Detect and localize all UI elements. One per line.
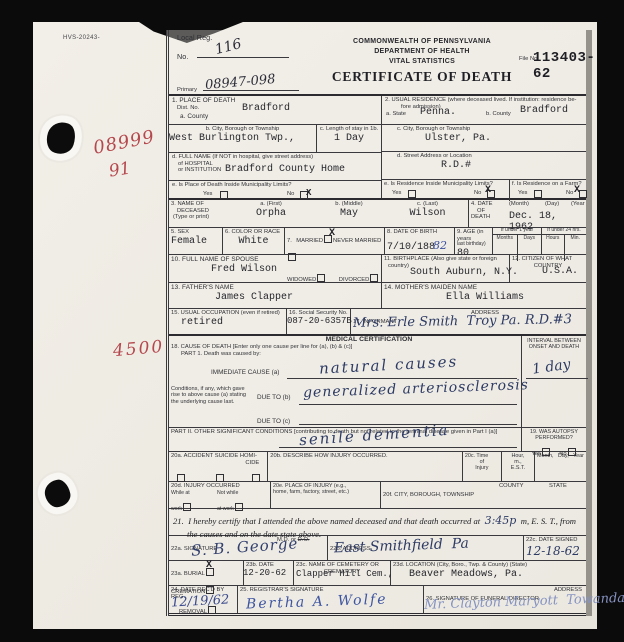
county-value: Bradford bbox=[242, 103, 290, 114]
certificate-form: Local Reg. No. 116 Primary Dist. No. 089… bbox=[166, 30, 592, 616]
race-label: 6. COLOR OR RACE bbox=[225, 229, 282, 236]
medical-certification-section: MEDICAL CERTIFICATION 18. CAUSE OF DEATH… bbox=[169, 336, 586, 428]
injury-state-label: STATE bbox=[549, 483, 567, 490]
res-city-label: c. City, Borough or Township bbox=[397, 126, 583, 133]
ssn-value: 087-20-6357B bbox=[287, 317, 348, 327]
yes-checkbox bbox=[408, 190, 416, 198]
due-to-b-label: DUE TO (b) bbox=[257, 394, 291, 401]
citizen-value: U.S.A. bbox=[542, 266, 578, 277]
cemetery-label: 23c. NAME OF CEMETERY OR bbox=[296, 562, 388, 569]
certify-num: 21. bbox=[173, 516, 184, 526]
stay-value: 1 Day bbox=[319, 133, 379, 144]
never-married-label: NEVER MARRIED bbox=[333, 238, 381, 244]
age-label: 9. AGE (in years bbox=[457, 229, 490, 242]
burial-label: 23a. BURIAL bbox=[171, 571, 205, 577]
married-label: MARRIED bbox=[296, 238, 323, 244]
immediate-cause-label: IMMEDIATE CAUSE (a) bbox=[211, 369, 279, 376]
disposition-row: 23a. BURIALX CREMATION REMOVAL 23b. DATE… bbox=[169, 561, 586, 586]
occupation-label: 15. USUAL OCCUPATION (even if retired) bbox=[171, 310, 284, 317]
place-of-death-box: 1. PLACE OF DEATH a. County Bradford b. … bbox=[169, 96, 382, 198]
burial-mark: X bbox=[206, 560, 212, 571]
month-day-year-label: Month, Day, Year bbox=[537, 453, 584, 459]
medical-certification-heading: MEDICAL CERTIFICATION bbox=[289, 336, 449, 344]
certify-text-b: m, E. S. T., from bbox=[521, 516, 576, 526]
date-received-value: 12/19/62 bbox=[171, 592, 230, 610]
immediate-cause-value: natural causes bbox=[319, 352, 459, 377]
sex-value: Female bbox=[171, 236, 220, 247]
name-death-date-row: 3. NAME OF DECEASED (Type or print) a. (… bbox=[169, 200, 586, 228]
hour-label3: E.S.T. bbox=[504, 465, 532, 471]
physician-signature-row: 22a. SIGNATURE M.D. or D.O. S. B. George… bbox=[169, 536, 586, 561]
mother-label: 14. MOTHER'S MAIDEN NAME bbox=[384, 284, 584, 292]
due-to-b-value: generalized arteriosclerosis bbox=[303, 377, 529, 401]
disposition-date-value: 12-20-62 bbox=[243, 569, 291, 579]
funeral-director-signature-value: Mr. Clayton Maryott Towanda Pa bbox=[424, 590, 624, 613]
injury-occurred-label: 20d. INJURY OCCURRED bbox=[171, 483, 268, 490]
punch-hole bbox=[43, 118, 80, 157]
spouse-label: 10. FULL NAME OF SPOUSE bbox=[171, 256, 379, 264]
autopsy-label2: PERFORMED? bbox=[524, 435, 584, 441]
date-signed-value: 12-18-62 bbox=[526, 544, 584, 558]
last-name-label: c. (Last) bbox=[387, 201, 468, 208]
date-signed-label: 22c. DATE SIGNED bbox=[526, 537, 584, 544]
parents-row: 13. FATHER'S NAME James Clapper 14. MOTH… bbox=[169, 283, 586, 309]
occupation-value: retired bbox=[181, 317, 284, 328]
no-label: No. bbox=[177, 52, 189, 61]
birth-date-value: 7/10/188 bbox=[387, 242, 435, 253]
physician-address-value: East Smithfield Pa bbox=[334, 536, 469, 557]
name-heading2: DECEASED bbox=[177, 208, 229, 215]
month-label: (Month) bbox=[509, 201, 529, 208]
not-while-at-work-label: Not while bbox=[217, 491, 244, 497]
stay-label: c. Length of stay in 1b. bbox=[319, 126, 379, 133]
name-heading3: (Type or print) bbox=[173, 214, 229, 221]
race-value: White bbox=[225, 236, 282, 247]
registrar-signature-value: Bertha A. Wolfe bbox=[246, 592, 388, 613]
yes-label: Yes bbox=[392, 190, 401, 197]
no-checkbox-mark: X bbox=[485, 185, 491, 196]
yes-label: Yes bbox=[518, 190, 527, 197]
part2-autopsy-row: PART II. OTHER SIGNIFICANT CONDITIONS [c… bbox=[169, 428, 586, 452]
last-name-value: Wilson bbox=[387, 208, 468, 219]
certify-text: I hereby certify that I attended the abo… bbox=[188, 516, 480, 526]
place-and-residence-section: 1. PLACE OF DEATH a. County Bradford b. … bbox=[169, 96, 586, 200]
mother-value: Ella Williams bbox=[446, 292, 584, 303]
res-county-value: Bradford bbox=[520, 105, 568, 116]
institution-value: Bradford County Home bbox=[225, 164, 345, 175]
location-label: 23d. LOCATION (City, Boro., Twp. & Count… bbox=[393, 562, 584, 569]
injury-city-label: 20f. CITY, BOROUGH, TOWNSHIP bbox=[383, 492, 474, 498]
death-date-heading2: OF bbox=[477, 208, 505, 215]
no-label: No bbox=[287, 191, 294, 198]
year-label: (Year bbox=[571, 201, 585, 208]
married-mark: X bbox=[329, 228, 335, 239]
due-to-c-label: DUE TO (c) bbox=[257, 418, 290, 425]
res-county-label: b. County bbox=[486, 111, 511, 118]
org-line: VITAL STATISTICS bbox=[327, 57, 517, 67]
certificate-paper: HVS-20243- 08999 91 4500 Local Reg. No. … bbox=[33, 22, 597, 629]
marital-num: 7. bbox=[287, 238, 292, 244]
margin-annotation-red: 91 bbox=[108, 158, 133, 181]
org-line: DEPARTMENT OF HEALTH bbox=[327, 47, 517, 57]
scanned-death-certificate: HVS-20243- 08999 91 4500 Local Reg. No. … bbox=[0, 0, 624, 642]
name-heading: 3. NAME OF bbox=[171, 201, 229, 208]
cemetery-value: Clapper Hill Cem., bbox=[296, 570, 393, 580]
injury-row-1: 20a. ACCIDENT SUICIDE HOMI- CIDE 20b. DE… bbox=[169, 452, 586, 482]
middle-name-value: May bbox=[311, 208, 387, 219]
county-label: a. County bbox=[180, 113, 208, 120]
no-checkbox-mark: X bbox=[306, 188, 311, 198]
location-value: Beaver Meadows, Pa. bbox=[409, 569, 584, 580]
citizen-label: 12. CITIZEN OF WHAT bbox=[512, 256, 584, 263]
local-reg-label: Local Reg. bbox=[177, 34, 327, 43]
birthplace-label: 11. BIRTHPLACE (Also give state or forei… bbox=[384, 256, 507, 263]
state-label: a. State bbox=[386, 111, 406, 118]
father-label: 13. FATHER'S NAME bbox=[171, 284, 379, 292]
limits-label: e. Is Place of Death Inside Municipality… bbox=[172, 182, 378, 189]
homicide-label2: CIDE bbox=[171, 460, 259, 467]
name-of-deceased-cell: 3. NAME OF DECEASED (Type or print) a. (… bbox=[169, 200, 469, 227]
certify-statement-row: 21. I hereby certify that I attended the… bbox=[169, 509, 586, 536]
birth-date-label: 8. DATE OF BIRTH bbox=[387, 229, 452, 236]
first-name-label: a. (First) bbox=[231, 201, 311, 208]
yes-label: Yes bbox=[203, 191, 212, 198]
usual-residence-box: 2. USUAL RESIDENCE (where deceased lived… bbox=[382, 96, 586, 198]
no-checkbox bbox=[579, 190, 587, 198]
injury-row-2: 20d. INJURY OCCURRED While at work Not w… bbox=[169, 482, 586, 509]
death-date-heading3: DEATH bbox=[471, 214, 505, 221]
death-date-heading: 4. DATE bbox=[471, 201, 505, 208]
time-of-injury-label3: Injury bbox=[465, 465, 499, 471]
sex-race-marital-row: 5. SEX Female 6. COLOR OR RACE White 7. … bbox=[169, 228, 586, 255]
sex-label: 5. SEX bbox=[171, 229, 220, 236]
no-label: No bbox=[566, 190, 573, 197]
margin-annotation-red: 4500 bbox=[112, 337, 165, 361]
father-value: James Clapper bbox=[215, 292, 379, 303]
death-time-value: 3:45p bbox=[485, 514, 517, 527]
part1-label: PART 1. Death was caused by: bbox=[181, 351, 261, 358]
yes-checkbox bbox=[220, 191, 228, 199]
street-label: d. Street Address or Location bbox=[397, 153, 583, 160]
day-label: (Day) bbox=[545, 201, 559, 208]
no-label: No bbox=[474, 190, 481, 197]
place-of-injury-label2: home, farm, factory, street, etc.) bbox=[273, 489, 378, 495]
middle-name-label: b. (Middle) bbox=[311, 201, 387, 208]
physician-signature: S. B. George bbox=[191, 534, 299, 559]
interval-label2: ONSET AND DEATH bbox=[522, 344, 586, 350]
informant-value: Mrs. Erle Smith Troy Pa. R.D.#3 bbox=[353, 312, 572, 331]
primary-label: Primary bbox=[177, 87, 197, 93]
cause-of-death-label: 18. CAUSE OF DEATH [Enter only one cause… bbox=[171, 344, 352, 351]
describe-injury-label: 20b. DESCRIBE HOW INJURY OCCURRED. bbox=[270, 453, 460, 460]
city-value: West Burlington Twp., bbox=[169, 133, 314, 144]
registrar-row: 24. DATE REC'D BY REG. 12/19/62 25. REGI… bbox=[169, 586, 586, 616]
under-24-hrs-label: If under 24 hrs. bbox=[542, 228, 586, 235]
form-stock-number: HVS-20243- bbox=[63, 35, 100, 41]
spouse-value: Fred Wilson bbox=[211, 264, 379, 275]
margin-annotation-red: 08999 bbox=[92, 126, 157, 158]
form-header: Local Reg. No. 116 Primary Dist. No. 089… bbox=[169, 30, 586, 96]
while-at-work-label: While at bbox=[171, 491, 217, 497]
residence-heading: 2. USUAL RESIDENCE (where deceased lived… bbox=[385, 97, 583, 104]
no-checkbox-mark: X bbox=[574, 185, 580, 196]
birth-date-handwritten-overlay: 82 bbox=[433, 239, 447, 252]
res-city-value: Ulster, Pa. bbox=[425, 133, 583, 144]
punch-hole bbox=[42, 478, 72, 510]
file-number-stamp: 113403-62 bbox=[533, 50, 595, 82]
state-value: Penna. bbox=[420, 107, 456, 118]
date-of-death-cell: 4. DATE OF DEATH (Month) (Day) (Year Dec… bbox=[469, 200, 586, 227]
certificate-title: CERTIFICATE OF DEATH bbox=[327, 69, 517, 85]
org-line: COMMONWEALTH OF PENNSYLVANIA bbox=[327, 37, 517, 47]
occupation-informant-row: 15. USUAL OCCUPATION (even if retired) r… bbox=[169, 309, 586, 336]
yes-checkbox bbox=[534, 190, 542, 198]
street-value: R.D.# bbox=[441, 160, 583, 171]
institution-label: d. FULL NAME (If NOT in hospital, give s… bbox=[172, 154, 378, 161]
accident-suicide-label: 20a. ACCIDENT SUICIDE HOMI- bbox=[171, 453, 265, 460]
under-1-year-label: If under 1 year bbox=[493, 228, 541, 235]
injury-county-label: COUNTY bbox=[499, 483, 523, 490]
interval-value: 1 day bbox=[531, 355, 587, 378]
first-name-value: Orpha bbox=[231, 208, 311, 219]
conditions-label: Conditions, if any, which gave rise to a… bbox=[171, 386, 253, 405]
city-label: b. City, Borough or Township bbox=[171, 126, 314, 133]
spouse-birthplace-row: 10. FULL NAME OF SPOUSE Fred Wilson 11. … bbox=[169, 255, 586, 283]
birthplace-value: South Auburn, N.Y. bbox=[410, 267, 518, 278]
